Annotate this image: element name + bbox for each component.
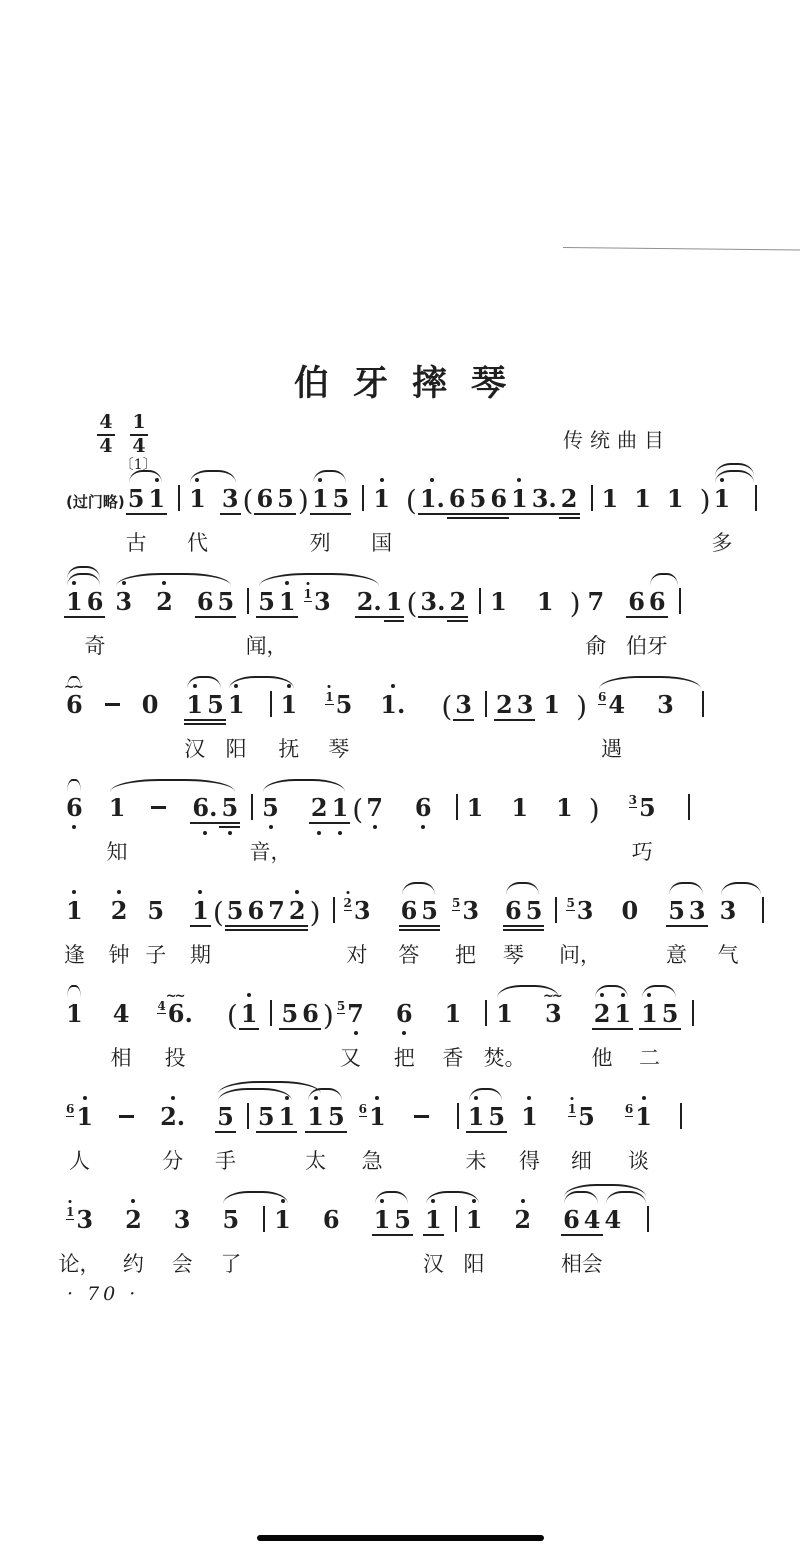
slur-arc	[223, 1191, 287, 1204]
note: 15	[568, 1104, 595, 1130]
note: 1	[312, 486, 329, 512]
note-digit: 1	[109, 795, 126, 821]
grace-digit: 6	[359, 1102, 367, 1116]
note-digit: 6	[490, 486, 507, 512]
lyric-char: 知	[107, 836, 128, 866]
slur-arc	[721, 882, 762, 895]
barline	[457, 1103, 459, 1129]
note-digit: 1	[241, 1001, 258, 1027]
note: 1	[466, 1207, 483, 1233]
note-digit: 5	[394, 1207, 411, 1233]
slur-arc	[110, 779, 235, 792]
note-digit: 2	[594, 1001, 611, 1027]
lyric-char: 琴	[503, 939, 524, 969]
note-digit: 1	[490, 589, 507, 615]
note-digit: 6	[649, 589, 666, 615]
note-digit: 7	[366, 795, 383, 821]
grace-digit: 1	[66, 1205, 74, 1219]
barline	[485, 691, 487, 717]
note-digit: 5	[668, 898, 685, 924]
parenthesis: )	[570, 591, 581, 617]
note: 6	[649, 589, 666, 615]
page-number: · 70 ·	[67, 1283, 139, 1305]
note-digit: 2.	[357, 589, 382, 615]
grace-note: 1	[568, 1103, 576, 1117]
note: 5	[281, 1001, 298, 1027]
note-digit: 1	[279, 1104, 296, 1130]
note-digit: 5	[258, 1104, 275, 1130]
note: 1	[373, 486, 390, 512]
credit-label: 传统曲目	[563, 424, 671, 453]
lyric-row: 人分手太急未得细谈	[66, 1131, 766, 1176]
barline	[333, 897, 335, 923]
parenthesis: )	[700, 488, 711, 514]
slur-arc	[259, 573, 379, 586]
note-digit: 3	[657, 692, 674, 718]
note-digit: 1	[667, 486, 684, 512]
note-digit: 6	[628, 589, 645, 615]
music-line: 612.55115611511561人分手太急未得细谈	[66, 1073, 766, 1176]
slur-arc	[263, 779, 345, 792]
note: 5	[258, 1104, 275, 1130]
barline	[647, 1206, 649, 1232]
note: 2	[311, 795, 328, 821]
note-digit: 3	[689, 898, 706, 924]
notes-row: 616.5521(76111)35	[66, 764, 766, 822]
note-digit: 6	[401, 898, 418, 924]
note: 6	[87, 589, 104, 615]
barline	[362, 485, 364, 511]
barline	[702, 691, 704, 717]
barline	[485, 1000, 487, 1026]
barline	[456, 794, 458, 820]
barline	[680, 1103, 682, 1129]
octave-dot-high	[380, 478, 384, 482]
note-digit: 1	[425, 1207, 442, 1233]
note-digit: 1	[714, 486, 731, 512]
parenthesis: (	[441, 694, 452, 720]
note: 1	[537, 589, 554, 615]
note-digit: 6	[396, 1001, 413, 1027]
note: 4	[584, 1207, 601, 1233]
grace-digit: 3	[629, 793, 637, 807]
note-digit: 5	[662, 1001, 679, 1027]
octave-dot-high	[391, 684, 395, 688]
lyric-char: 把	[394, 1042, 415, 1072]
note: 4	[605, 1207, 622, 1233]
grace-digit: 5	[337, 999, 345, 1013]
barline	[270, 1000, 272, 1026]
note-digit: 2.	[160, 1104, 185, 1130]
note: 2	[561, 486, 578, 512]
note: 61	[66, 1104, 93, 1130]
note: 6	[256, 486, 273, 512]
grace-digit: 6	[598, 690, 606, 704]
note: 3	[222, 486, 239, 512]
lyric-char: 了	[220, 1248, 241, 1278]
parenthesis: (	[213, 900, 224, 926]
lyric-char: 奇	[85, 630, 106, 660]
parenthesis: )	[589, 797, 600, 823]
note-digit: 0	[622, 898, 639, 924]
note: 2.	[160, 1104, 185, 1130]
lyric-char: 分	[162, 1145, 183, 1175]
note: 6	[66, 795, 83, 821]
note: 61	[625, 1104, 652, 1130]
note-digit: 5	[578, 1104, 595, 1130]
page-edge-line	[563, 247, 800, 250]
note-digit: 5	[258, 589, 275, 615]
note-digit: 2	[496, 692, 513, 718]
note: 5	[221, 795, 238, 821]
note-digit: 4	[584, 1207, 601, 1233]
note: 15	[325, 692, 352, 718]
lyric-char: 焚。	[484, 1042, 526, 1072]
note: 1	[511, 795, 528, 821]
note: 57	[337, 1001, 364, 1027]
note: 0	[142, 692, 159, 718]
octave-dot-high	[72, 890, 76, 894]
parenthesis: )	[576, 694, 587, 720]
slur-arc	[129, 470, 162, 483]
lyric-char: 他	[592, 1042, 613, 1072]
note: 1	[228, 692, 245, 718]
barline	[263, 1206, 265, 1232]
notes-row: 16326551132.1(3.211)766	[66, 558, 766, 616]
note-digit: 5	[277, 486, 294, 512]
barline	[247, 1103, 249, 1129]
lyric-char: 细	[571, 1145, 592, 1175]
lyric-char: 汉	[423, 1248, 444, 1278]
lyric-char: 意	[666, 939, 687, 969]
grace-note: 5	[566, 897, 574, 911]
note-digit: 5	[421, 898, 438, 924]
lyric-char: 伯	[626, 630, 647, 660]
note: 64	[598, 692, 625, 718]
lyric-char: 气	[717, 939, 738, 969]
note-digit: 6	[247, 898, 264, 924]
lyric-char: 答	[398, 939, 419, 969]
note: 2	[594, 1001, 611, 1027]
lyric-char: 国	[371, 527, 392, 557]
note-digit: 7	[588, 589, 605, 615]
note: 53	[452, 898, 479, 924]
note-digit: 1	[614, 1001, 631, 1027]
note-digit: 5	[639, 795, 656, 821]
note: 13	[304, 589, 331, 615]
lyric-char: 巧	[632, 836, 653, 866]
parenthesis: (	[243, 488, 254, 514]
note: 6	[449, 486, 466, 512]
octave-dot-high	[346, 891, 349, 894]
note-digit: 1	[386, 589, 403, 615]
octave-dot-high	[83, 1096, 87, 1100]
note: 7	[588, 589, 605, 615]
note: 2.	[357, 589, 382, 615]
grace-digit: 4	[157, 999, 165, 1013]
lyric-char: 相	[111, 1042, 132, 1072]
note: 3.	[532, 486, 557, 512]
barline	[251, 794, 253, 820]
note: 6.	[192, 795, 217, 821]
lyric-row: 古代列国多	[66, 513, 766, 558]
note: 6	[247, 898, 264, 924]
parenthesis: )	[310, 900, 321, 926]
note: 1	[602, 486, 619, 512]
octave-dot-high	[517, 478, 521, 482]
note-digit: 5	[281, 1001, 298, 1027]
note: 7	[268, 898, 285, 924]
note: 23	[344, 898, 371, 924]
lyric-row: 相投又把香焚。他二	[66, 1028, 766, 1073]
note-digit: 1.	[420, 486, 445, 512]
note: 1	[467, 795, 484, 821]
note: 5	[147, 898, 164, 924]
note: 1	[332, 795, 349, 821]
parenthesis: (	[352, 797, 363, 823]
note: 1	[614, 1001, 631, 1027]
note-digit: 2	[125, 1207, 142, 1233]
note-digit: 1.	[380, 692, 405, 718]
lyric-char: 投	[165, 1042, 186, 1072]
note-digit: 5	[262, 795, 279, 821]
note: 61	[359, 1104, 386, 1130]
lyric-char: 汉	[184, 733, 205, 763]
lyric-char: 又	[340, 1042, 361, 1072]
note-digit: 1	[537, 589, 554, 615]
note: 1	[386, 589, 403, 615]
music-line: 6~~01511151.(3231)643汉阳抚琴遇	[66, 661, 766, 764]
note: 3	[720, 898, 737, 924]
grace-digit: 5	[452, 896, 460, 910]
note: 4	[113, 1001, 130, 1027]
note-digit: 2	[449, 589, 466, 615]
lyric-char: 手	[215, 1145, 236, 1175]
slur-arc	[642, 985, 675, 998]
lyric-char: 谈	[628, 1145, 649, 1175]
note-digit: 5	[227, 898, 244, 924]
music-line: 1251(5672)23655365530533逢钟子期对答把琴问，意气	[66, 867, 766, 970]
note: 0	[622, 898, 639, 924]
music-line: 616.5521(76111)35知音，巧	[66, 764, 766, 867]
note-digit: 5	[336, 692, 353, 718]
note: 5	[207, 692, 224, 718]
lyric-char: 会	[172, 1248, 193, 1278]
note-digit: 3	[115, 589, 132, 615]
lyric-char: 人	[69, 1145, 90, 1175]
slur-arc	[650, 573, 678, 586]
notes-row: 1446.~~(156)576113~~2115	[66, 970, 766, 1028]
note-digit: 1	[521, 1104, 538, 1130]
note: 6	[323, 1207, 340, 1233]
lyric-row: 汉阳抚琴遇	[66, 719, 766, 764]
slur-arc	[308, 1088, 341, 1101]
grace-digit: 1	[325, 690, 333, 704]
note: 1	[192, 898, 209, 924]
grace-digit: 5	[566, 896, 574, 910]
grace-note: 5	[452, 897, 460, 911]
lyric-char: 相	[561, 1248, 582, 1278]
note-digit: 6	[302, 1001, 319, 1027]
lyric-char: 约	[123, 1248, 144, 1278]
music-line: 1446.~~(156)576113~~2115相投又把香焚。他二	[66, 970, 766, 1073]
home-indicator[interactable]	[257, 1535, 544, 1541]
note-digit: 1	[369, 1104, 386, 1130]
note: 6	[302, 1001, 319, 1027]
lyric-row: 论，约会了汉阳相会	[66, 1234, 766, 1279]
note-digit: 6	[197, 589, 214, 615]
dash-note	[119, 1115, 134, 1118]
note-digit: 2	[289, 898, 306, 924]
note: 3	[689, 898, 706, 924]
parenthesis: (	[406, 488, 417, 514]
slur-arc	[402, 882, 435, 895]
note-digit: 5	[217, 1104, 234, 1130]
note: 1	[468, 1104, 485, 1130]
meter-numerator: 4	[97, 413, 115, 436]
note-digit: 1	[635, 1104, 652, 1130]
note-digit: 1	[511, 486, 528, 512]
barline	[679, 588, 681, 614]
note: 3~~	[545, 1001, 562, 1027]
note: 53	[566, 898, 593, 924]
octave-dot-high	[527, 1096, 531, 1100]
slur-arc	[190, 470, 235, 483]
octave-dot-high	[375, 1096, 379, 1100]
note: 6	[415, 795, 432, 821]
barline	[479, 588, 481, 614]
note-digit: 6.	[192, 795, 217, 821]
lyric-char: 子	[145, 939, 166, 969]
notes-row: 6~~01511151.(3231)643	[66, 661, 766, 719]
slur-arc	[497, 985, 558, 998]
note: 5	[217, 1104, 234, 1130]
note: 46.~~	[157, 1001, 192, 1027]
octave-dot-high	[198, 890, 202, 894]
grace-digit: 6	[625, 1102, 633, 1116]
note-digit: 1	[186, 692, 203, 718]
lyric-row: 奇闻，俞伯牙	[66, 616, 766, 661]
note-digit: 1	[511, 795, 528, 821]
slur-arc	[469, 1088, 502, 1101]
grace-note: 1	[66, 1206, 74, 1220]
note: 3	[455, 692, 472, 718]
note: 2	[111, 898, 128, 924]
note-digit: 5	[470, 486, 487, 512]
note: 5	[526, 898, 543, 924]
note-digit: 2	[156, 589, 173, 615]
note-digit: 1	[312, 486, 329, 512]
octave-dot-high	[642, 1096, 646, 1100]
octave-dot-high	[117, 890, 121, 894]
note-digit: 1	[189, 486, 206, 512]
note-digit: 1	[466, 1207, 483, 1233]
slur-arc	[67, 985, 81, 998]
note: 5	[227, 898, 244, 924]
inline-text: (过门略)	[66, 491, 125, 512]
note: 1	[425, 1207, 442, 1233]
note-digit: 1	[76, 1104, 93, 1130]
note: 6	[396, 1001, 413, 1027]
note-digit: 7	[347, 1001, 364, 1027]
note-digit: 1	[445, 1001, 462, 1027]
grace-note: 6	[359, 1103, 367, 1117]
note-digit: 3	[577, 898, 594, 924]
note-digit: 3	[76, 1207, 93, 1233]
lyric-char: 阳	[226, 733, 247, 763]
note: 6~~	[66, 692, 83, 718]
note-digit: 3	[314, 589, 331, 615]
barline	[178, 485, 180, 511]
lyric-char: 未	[466, 1145, 487, 1175]
note: 1	[667, 486, 684, 512]
slur-arc	[375, 1191, 408, 1204]
grace-note: 6	[66, 1103, 74, 1117]
note: 5	[394, 1207, 411, 1233]
note: 2	[449, 589, 466, 615]
note-digit: 5	[207, 692, 224, 718]
note-digit: 1	[373, 486, 390, 512]
note-digit: 5	[218, 589, 235, 615]
note-digit: 1	[496, 1001, 513, 1027]
note-digit: 2	[111, 898, 128, 924]
lyric-char: 论，	[59, 1248, 101, 1278]
note-digit: 6~~	[66, 692, 83, 718]
grace-note: 5	[337, 1000, 345, 1014]
barline	[455, 1206, 457, 1232]
lyric-char: 列	[310, 527, 331, 557]
note: 6	[490, 486, 507, 512]
slur-arc	[426, 1191, 479, 1204]
notes-row: (过门略)5〔1〕113(65)151(1.65613.2111)1	[66, 455, 766, 513]
lyric-char: 琴	[328, 733, 349, 763]
lyric-char: 二	[639, 1042, 660, 1072]
note-digit: 1	[467, 795, 484, 821]
music-lines: (过门略)5〔1〕113(65)151(1.65613.2111)1古代列国多1…	[66, 455, 766, 1279]
note-digit: 6	[563, 1207, 580, 1233]
note: 1	[307, 1104, 324, 1130]
note: 2	[514, 1207, 531, 1233]
note-digit: 3	[462, 898, 479, 924]
note: 3	[174, 1207, 191, 1233]
note: 5	[262, 795, 279, 821]
note-digit: 3.	[532, 486, 557, 512]
octave-dot-high	[570, 1097, 573, 1100]
note-digit: 1	[66, 589, 83, 615]
note: 1	[521, 1104, 538, 1130]
note: 1	[714, 486, 731, 512]
note: 1	[279, 1104, 296, 1130]
dash-note	[105, 703, 120, 706]
note-digit: 3	[222, 486, 239, 512]
dash-note	[414, 1115, 429, 1118]
grace-note: 1	[325, 691, 333, 705]
lyric-char: 音，	[250, 836, 292, 866]
note-digit: 1	[274, 1207, 291, 1233]
note-digit: 3	[455, 692, 472, 718]
lyric-char: 香	[442, 1042, 463, 1072]
slur-arc	[669, 882, 702, 895]
barline	[591, 485, 593, 511]
lyric-char: 闻，	[246, 630, 288, 660]
note: 1	[189, 486, 206, 512]
note-digit: 5	[147, 898, 164, 924]
note-digit: 1	[192, 898, 209, 924]
note: 35	[629, 795, 656, 821]
note: 5	[488, 1104, 505, 1130]
slur-arc	[67, 566, 100, 579]
note: 1	[186, 692, 203, 718]
